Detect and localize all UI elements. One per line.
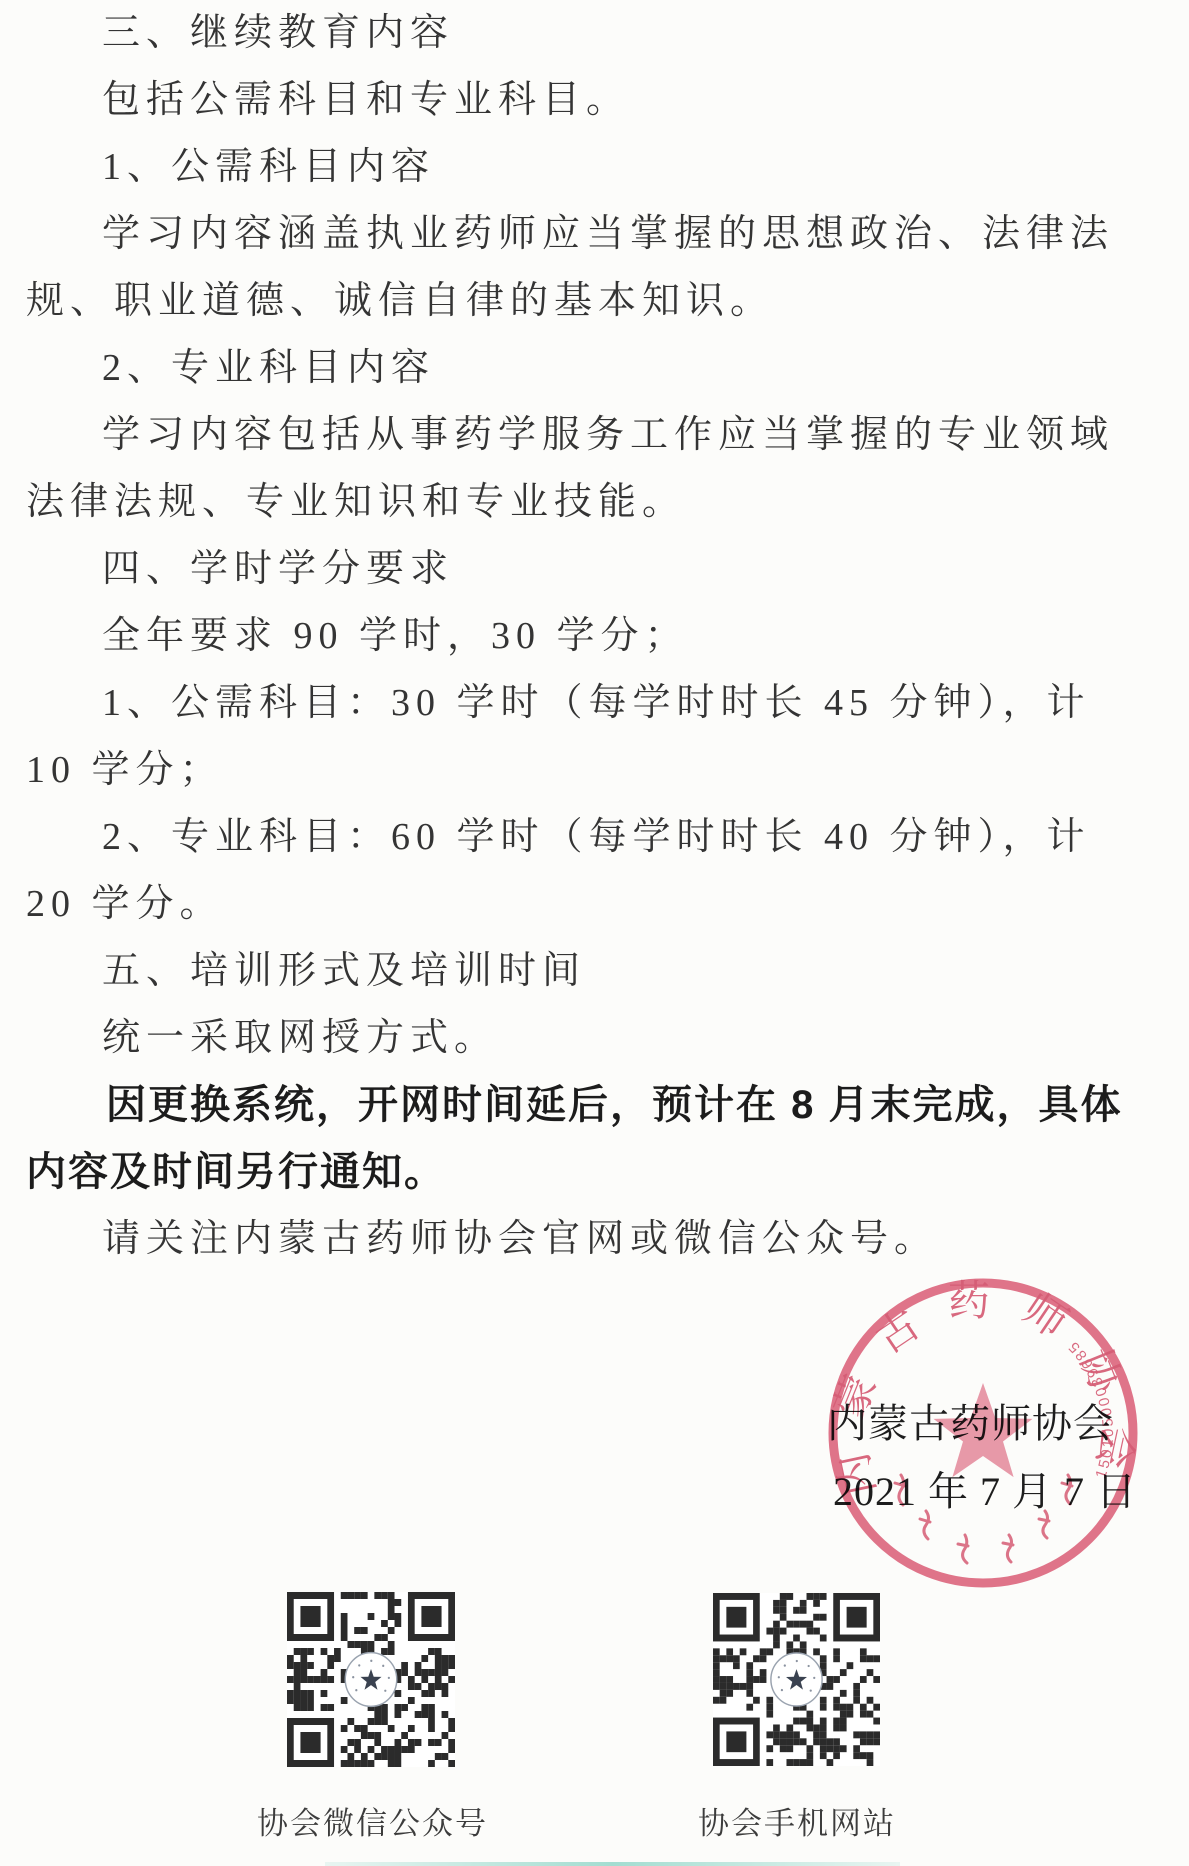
official-seal: 内蒙古药师协会 15010500039685 (813, 1263, 1153, 1603)
qr-code-mobile-site (713, 1593, 880, 1766)
paragraph: 包括公需科目和专业科目。 (26, 67, 1136, 134)
paragraph: 学习内容包括从事药学服务工作应当掌握的专业领域法律法规、专业知识和专业技能。 (26, 402, 1136, 536)
paragraph: 学习内容涵盖执业药师应当掌握的思想政治、法律法规、职业道德、诚信自律的基本知识。 (26, 201, 1136, 335)
paragraph: 2、专业科目：60 学时（每学时时长 40 分钟），计 20 学分。 (26, 804, 1136, 938)
qr-label-wechat: 协会微信公众号 (257, 1798, 485, 1843)
scanned-notice-page: { "document": { "paragraphs": [ {"text":… (0, 0, 1189, 1866)
paragraph: 1、公需科目内容 (26, 134, 1136, 201)
paragraph: 2、专业科目内容 (26, 335, 1136, 402)
scan-artifact-strip (325, 1862, 900, 1866)
paragraph: 全年要求 90 学时，30 学分； (26, 603, 1136, 670)
seal-star-icon (934, 1383, 1033, 1477)
qr-code-image (287, 1592, 455, 1767)
paragraph: 1、公需科目：30 学时（每学时时长 45 分钟），计 10 学分； (26, 670, 1136, 804)
qr-code-wechat (287, 1592, 455, 1767)
paragraph: 因更换系统，开网时间延后，预计在 8 月末完成，具体内容及时间另行通知。 (26, 1072, 1136, 1206)
paragraph: 三、继续教育内容 (26, 0, 1136, 67)
seal-mongolian-script (895, 1475, 1072, 1563)
qr-label-mobile-site: 协会手机网站 (683, 1798, 911, 1843)
document-body: 三、继续教育内容包括公需科目和专业科目。1、公需科目内容学习内容涵盖执业药师应当… (26, 0, 1136, 1273)
paragraph: 四、学时学分要求 (26, 536, 1136, 603)
paragraph: 五、培训形式及培训时间 (26, 938, 1136, 1005)
paragraph: 统一采取网授方式。 (26, 1005, 1136, 1072)
qr-code-image (713, 1593, 880, 1766)
